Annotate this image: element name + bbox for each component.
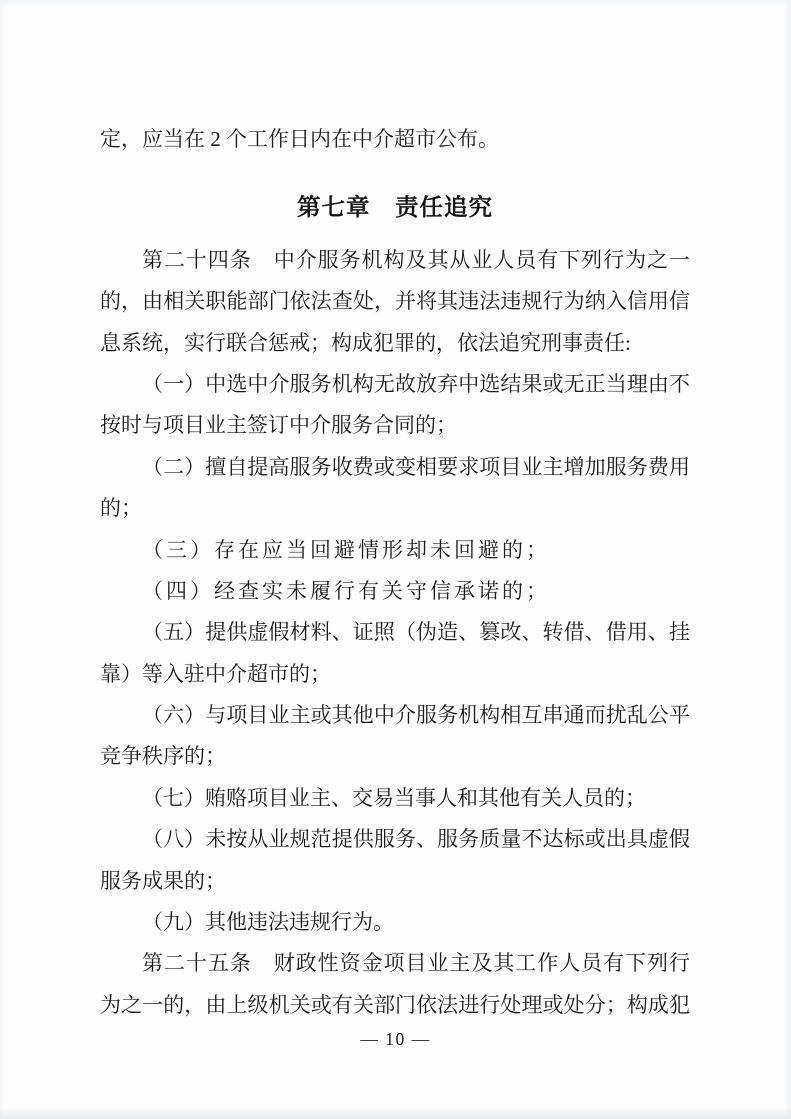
scan-artifact-top-edge (0, 0, 791, 7)
body-line: （八）未按从业规范提供服务、服务质量不达标或出具虚假 (100, 819, 690, 860)
body-line: 定，应当在 2 个工作日内在中介超市公布。 (100, 119, 690, 160)
body-line: 第二十四条 中介服务机构及其从业人员有下列行为之一 (100, 240, 690, 281)
body-line: （二）擅自提高服务收费或变相要求项目业主增加服务费用 (100, 447, 690, 488)
body-line: （三）存在应当回避情形却未回避的； (100, 530, 690, 571)
body-line: （六）与项目业主或其他中介服务机构相互串通而扰乱公平 (100, 695, 690, 736)
chapter-heading: 第七章 责任追究 (100, 187, 690, 228)
body-line: 的； (100, 488, 690, 529)
body-line: （四）经查实未履行有关守信承诺的； (100, 571, 690, 612)
body-line: （一）中选中介服务机构无故放弃中选结果或无正当理由不 (100, 364, 690, 405)
body-line: 竞争秩序的； (100, 736, 690, 777)
document-body: 定，应当在 2 个工作日内在中介超市公布。 第七章 责任追究 第二十四条 中介服… (100, 119, 690, 1026)
body-line: 服务成果的； (100, 861, 690, 902)
body-line: 按时与项目业主签订中介服务合同的； (100, 405, 690, 446)
scan-artifact-bottom-edge (0, 1107, 791, 1119)
body-line: 靠）等入驻中介超市的； (100, 654, 690, 695)
body-line: 息系统，实行联合惩戒；构成犯罪的，依法追究刑事责任: (100, 323, 690, 364)
body-line: （九）其他违法违规行为。 (100, 902, 690, 943)
scan-artifact-right-edge (783, 0, 791, 1119)
scan-artifact-left-edge (0, 0, 5, 1119)
body-line: （七）贿赂项目业主、交易当事人和其他有关人员的； (100, 778, 690, 819)
body-line: （五）提供虚假材料、证照（伪造、篡改、转借、借用、挂 (100, 612, 690, 653)
body-line: 的，由相关职能部门依法查处，并将其违法违规行为纳入信用信 (100, 281, 690, 322)
body-line: 第二十五条 财政性资金项目业主及其工作人员有下列行 (100, 943, 690, 984)
document-page: 定，应当在 2 个工作日内在中介超市公布。 第七章 责任追究 第二十四条 中介服… (0, 0, 791, 1119)
page-number: — 10 — (0, 1029, 791, 1050)
body-line: 为之一的，由上级机关或有关部门依法进行处理或处分；构成犯 (100, 985, 690, 1026)
